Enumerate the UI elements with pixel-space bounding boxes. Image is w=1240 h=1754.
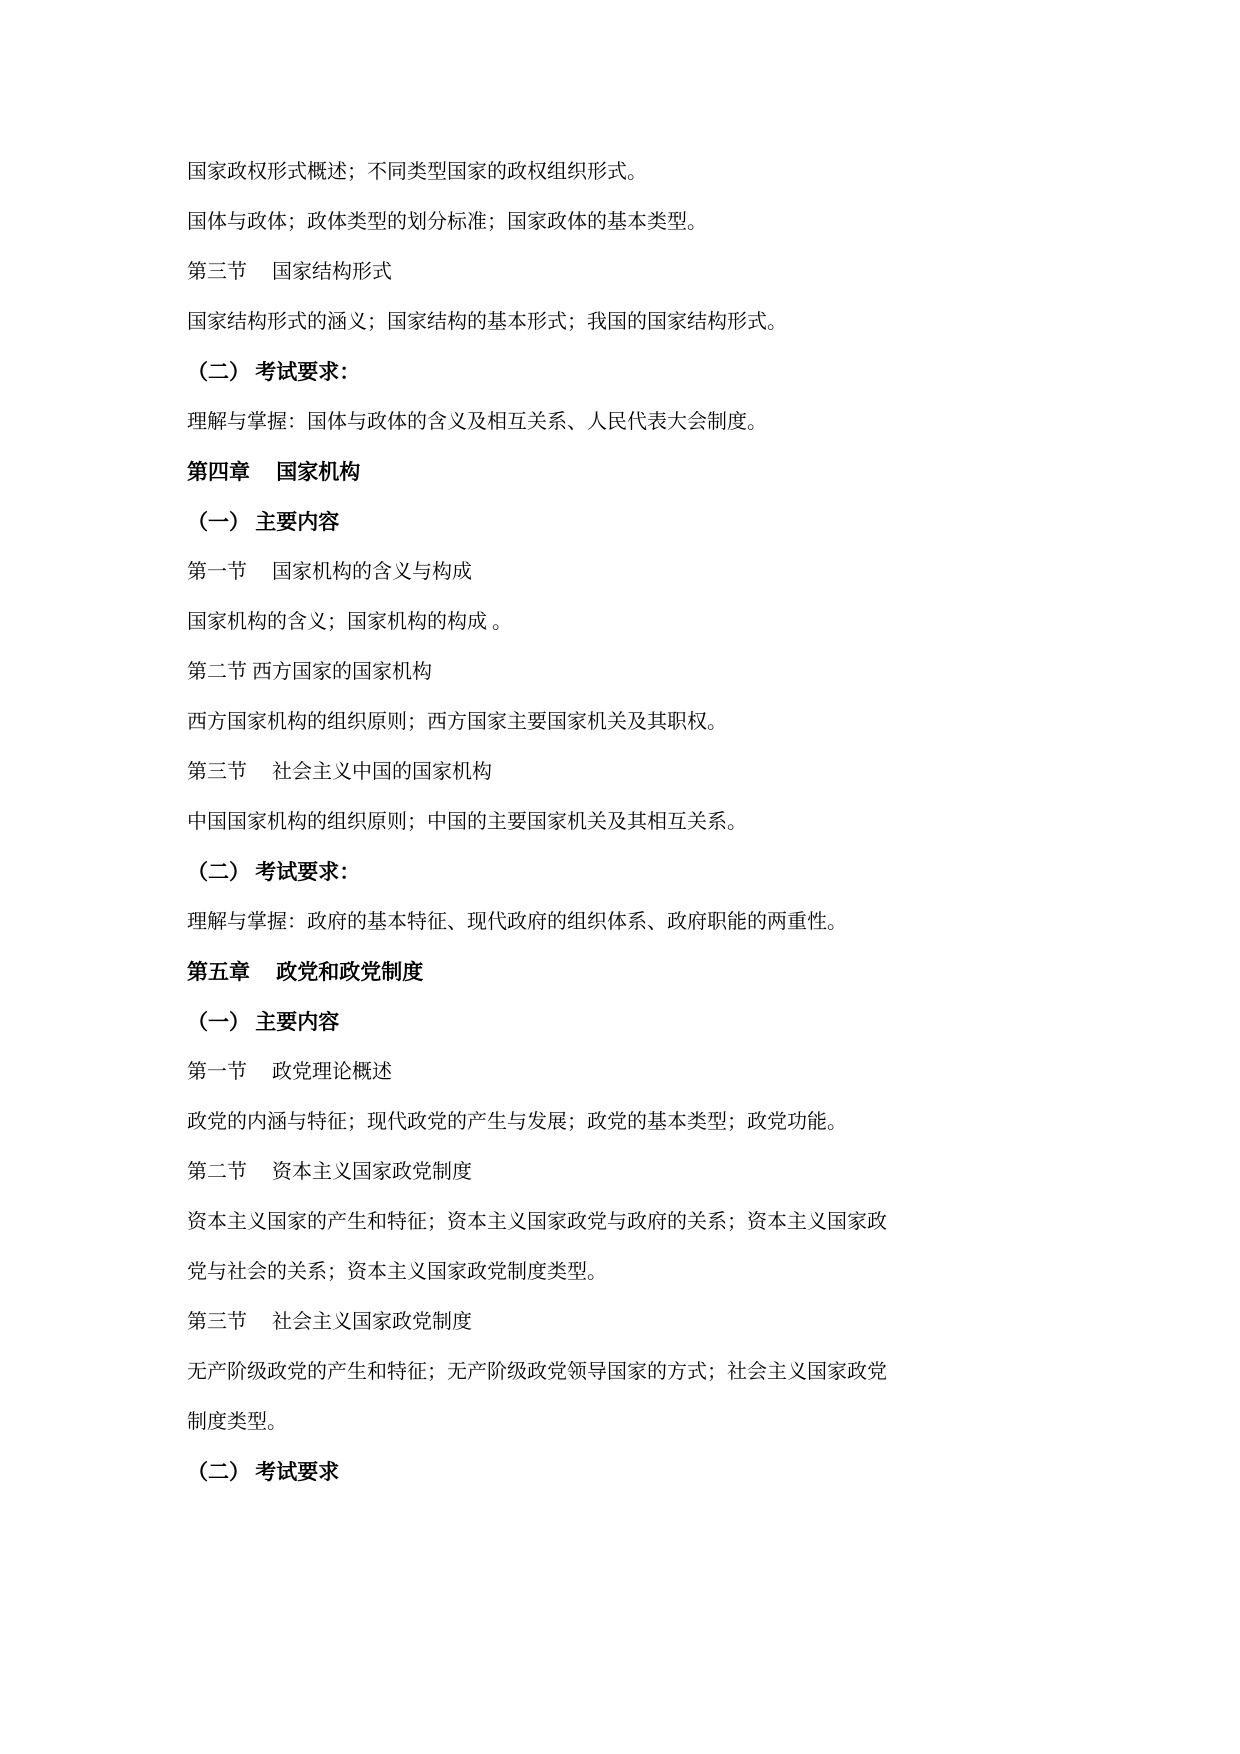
main-content-heading: （一） 主要内容	[187, 997, 1054, 1047]
content-line: 国家结构形式的涵义；国家结构的基本形式；我国的国家结构形式。	[187, 297, 1054, 347]
section-heading: 第二节 西方国家的国家机构	[187, 647, 1054, 697]
content-line: 国体与政体；政体类型的划分标准；国家政体的基本类型。	[187, 197, 1054, 247]
content-line: 理解与掌握：政府的基本特征、现代政府的组织体系、政府职能的两重性。	[187, 897, 1054, 947]
section-heading: 第三节 国家结构形式	[187, 247, 1054, 297]
section-heading: 第三节 社会主义国家政党制度	[187, 1297, 1054, 1347]
exam-requirements-heading: （二） 考试要求：	[187, 847, 1054, 897]
page-content: 国家政权形式概述；不同类型国家的政权组织形式。 国体与政体；政体类型的划分标准；…	[0, 0, 1240, 1497]
content-line: 党与社会的关系；资本主义国家政党制度类型。	[187, 1247, 1054, 1297]
section-heading: 第一节 政党理论概述	[187, 1047, 1054, 1097]
content-line: 国家机构的含义；国家机构的构成 。	[187, 597, 1054, 647]
content-line: 理解与掌握：国体与政体的含义及相互关系、人民代表大会制度。	[187, 397, 1054, 447]
section-heading: 第二节 资本主义国家政党制度	[187, 1147, 1054, 1197]
section-heading: 第三节 社会主义中国的国家机构	[187, 747, 1054, 797]
content-line: 无产阶级政党的产生和特征；无产阶级政党领导国家的方式；社会主义国家政党	[187, 1347, 1054, 1397]
content-line: 资本主义国家的产生和特征；资本主义国家政党与政府的关系；资本主义国家政	[187, 1197, 1054, 1247]
document-page: 国家政权形式概述；不同类型国家的政权组织形式。 国体与政体；政体类型的划分标准；…	[0, 0, 1240, 1754]
content-line: 国家政权形式概述；不同类型国家的政权组织形式。	[187, 147, 1054, 197]
section-heading: 第一节 国家机构的含义与构成	[187, 547, 1054, 597]
content-line: 中国国家机构的组织原则；中国的主要国家机关及其相互关系。	[187, 797, 1054, 847]
chapter-heading: 第四章 国家机构	[187, 447, 1054, 497]
content-line: 制度类型。	[187, 1397, 1054, 1447]
chapter-heading: 第五章 政党和政党制度	[187, 947, 1054, 997]
exam-requirements-heading: （二） 考试要求	[187, 1447, 1054, 1497]
main-content-heading: （一） 主要内容	[187, 497, 1054, 547]
content-line: 西方国家机构的组织原则；西方国家主要国家机关及其职权。	[187, 697, 1054, 747]
exam-requirements-heading: （二） 考试要求：	[187, 347, 1054, 397]
content-line: 政党的内涵与特征；现代政党的产生与发展；政党的基本类型；政党功能。	[187, 1097, 1054, 1147]
